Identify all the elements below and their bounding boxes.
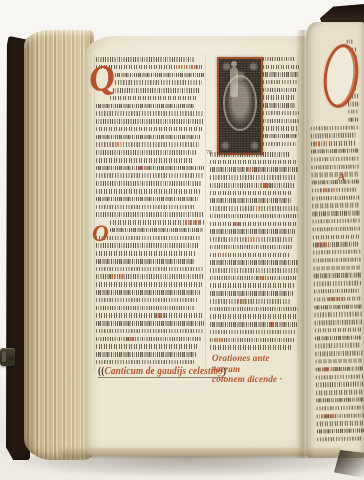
script-line — [210, 268, 298, 273]
script-line — [96, 337, 201, 342]
script-line — [96, 352, 196, 357]
script-line — [315, 320, 363, 325]
script-line — [210, 167, 298, 172]
script-line — [96, 274, 204, 279]
script-line — [210, 314, 298, 319]
ruling-line — [94, 54, 95, 372]
script-line — [210, 245, 292, 250]
script-line — [96, 344, 199, 349]
script-line — [96, 313, 204, 318]
script-line — [210, 152, 290, 157]
script-line — [316, 374, 364, 379]
rubric-canticum-heading: ((Canticum de gaudijs celestib9) — [98, 366, 226, 378]
script-line — [315, 312, 363, 317]
script-line — [210, 198, 291, 203]
script-line — [210, 338, 294, 343]
script-line — [312, 203, 360, 208]
script-line — [210, 330, 295, 335]
script-line — [210, 276, 296, 281]
script-line — [113, 88, 199, 93]
rubric-mark — [238, 299, 245, 304]
script-line — [210, 191, 293, 196]
script-line — [263, 88, 297, 92]
script-line — [96, 104, 195, 109]
rubric-mark — [321, 188, 335, 193]
text-column-right-lower — [210, 152, 298, 350]
script-line — [312, 187, 358, 192]
script-line — [313, 257, 361, 262]
script-line — [96, 306, 195, 311]
madonna-figure — [230, 67, 238, 97]
script-line — [263, 134, 297, 138]
script-line — [96, 127, 203, 132]
script-line — [96, 135, 201, 140]
script-line — [210, 160, 298, 165]
script-line — [312, 195, 360, 200]
script-line — [317, 413, 364, 418]
rubric-orationes-line2: cōionem dicende · — [212, 375, 282, 385]
script-line — [115, 80, 201, 85]
script-line — [349, 110, 359, 115]
script-line — [316, 405, 364, 410]
script-line — [263, 111, 299, 115]
script-line — [210, 222, 297, 227]
script-line — [314, 304, 362, 309]
script-line — [314, 289, 360, 294]
script-line — [96, 243, 199, 248]
script-line — [210, 214, 298, 219]
script-line — [210, 253, 290, 258]
script-line — [96, 259, 194, 264]
book-bottom-edge — [60, 448, 340, 458]
rubric-mark — [155, 313, 166, 318]
virgin-and-child-woodcut — [217, 57, 263, 155]
script-line — [115, 73, 204, 78]
rubric-mark — [176, 65, 200, 70]
script-line — [311, 125, 358, 130]
rubric-orationes-line1: Orationes ante sacram — [212, 354, 270, 375]
script-line — [210, 307, 298, 312]
script-line — [316, 397, 364, 402]
script-line — [96, 166, 204, 171]
script-line — [96, 197, 198, 202]
script-line — [96, 119, 204, 124]
script-line — [96, 267, 204, 272]
script-line — [210, 183, 294, 188]
script-line — [315, 343, 360, 348]
script-line — [210, 345, 292, 350]
script-line — [311, 141, 356, 146]
script-line — [210, 237, 294, 242]
script-line — [313, 218, 361, 223]
rubric-mark — [313, 141, 327, 146]
script-line — [96, 111, 204, 116]
script-line — [313, 226, 360, 231]
rubric-mark — [127, 337, 135, 342]
rubric-mark — [261, 183, 273, 188]
script-line — [313, 250, 361, 255]
script-line — [263, 80, 298, 84]
rubric-mark — [110, 142, 123, 147]
script-line — [315, 327, 362, 332]
script-line — [210, 206, 298, 211]
script-line — [311, 156, 359, 161]
script-line — [96, 298, 198, 303]
script-line — [210, 322, 297, 327]
rubric-mark — [329, 297, 343, 302]
script-line — [313, 242, 358, 247]
script-line — [263, 72, 298, 76]
script-line — [313, 234, 359, 239]
script-line — [96, 212, 204, 217]
script-line — [263, 65, 299, 69]
script-line — [263, 95, 296, 99]
script-line — [263, 119, 299, 123]
script-line — [96, 360, 194, 365]
script-line — [96, 236, 201, 241]
woodcut-medallion — [223, 75, 257, 131]
script-line — [96, 290, 200, 295]
metal-clasp — [0, 348, 15, 366]
script-line — [317, 436, 363, 441]
script-line — [311, 148, 359, 153]
script-line — [96, 150, 196, 155]
ruling-line — [205, 54, 206, 372]
script-line — [312, 211, 360, 216]
script-line — [263, 57, 295, 61]
rubric-canticum-text: Canticum de gaudijs celestib9 — [104, 366, 223, 377]
script-line — [96, 205, 195, 210]
script-line — [210, 291, 293, 296]
script-line — [314, 273, 362, 278]
manuscript-page: Q O ((Canticum de gaudijs celestib9) 78 … — [86, 36, 312, 456]
script-line — [96, 158, 194, 163]
script-line — [210, 260, 298, 265]
rubric-mark — [109, 274, 124, 279]
script-line — [263, 142, 296, 146]
rubric-mark — [321, 414, 335, 419]
rubric-mark — [267, 322, 277, 327]
script-line — [316, 382, 363, 387]
script-line — [96, 282, 202, 287]
rubric-orationes-heading: Orationes ante sacramcōionem dicende · — [212, 354, 299, 386]
script-line — [96, 189, 200, 194]
facing-page-edge: A — [306, 22, 364, 458]
text-column-left — [96, 57, 204, 364]
script-line — [316, 390, 362, 395]
script-line — [110, 96, 197, 101]
script-line — [96, 251, 196, 256]
script-line — [314, 265, 362, 270]
rubric-mark — [323, 367, 337, 372]
script-line — [96, 173, 204, 178]
rubric-mark — [318, 242, 329, 247]
rubric-mark — [139, 166, 149, 171]
script-line — [317, 429, 364, 434]
rubric-mark — [248, 237, 258, 242]
script-line — [210, 229, 295, 234]
script-line — [263, 103, 295, 107]
script-line — [312, 172, 360, 177]
script-line — [96, 142, 199, 147]
script-line — [314, 281, 361, 286]
script-line — [210, 299, 291, 304]
script-line — [263, 126, 298, 130]
script-line — [311, 133, 357, 138]
script-line — [210, 175, 296, 180]
script-line — [315, 351, 363, 356]
script-line — [347, 40, 354, 45]
rubric-mark — [256, 206, 262, 211]
rubric-mark — [257, 276, 266, 281]
script-line — [315, 359, 363, 364]
rubric-mark — [220, 253, 227, 258]
script-line — [311, 164, 359, 169]
script-line — [316, 366, 364, 371]
rubric-mark — [183, 220, 200, 225]
script-line — [96, 321, 204, 326]
script-line — [110, 220, 204, 225]
script-line — [315, 335, 361, 340]
script-line — [349, 117, 359, 122]
script-line — [110, 228, 203, 233]
rubric-mark — [234, 222, 239, 227]
decorated-initial-O: O — [92, 222, 109, 245]
text-column-right-upper — [263, 57, 299, 146]
rubric-mark — [214, 338, 222, 343]
script-line — [314, 296, 362, 301]
script-line — [312, 180, 359, 185]
script-line — [317, 421, 364, 426]
facing-initial-A: A — [338, 172, 345, 183]
script-line — [96, 181, 202, 186]
page-block-fore-edge — [24, 30, 94, 460]
script-line — [348, 102, 358, 107]
script-line — [210, 283, 294, 288]
script-line — [96, 329, 203, 334]
rubric-mark — [247, 167, 260, 172]
